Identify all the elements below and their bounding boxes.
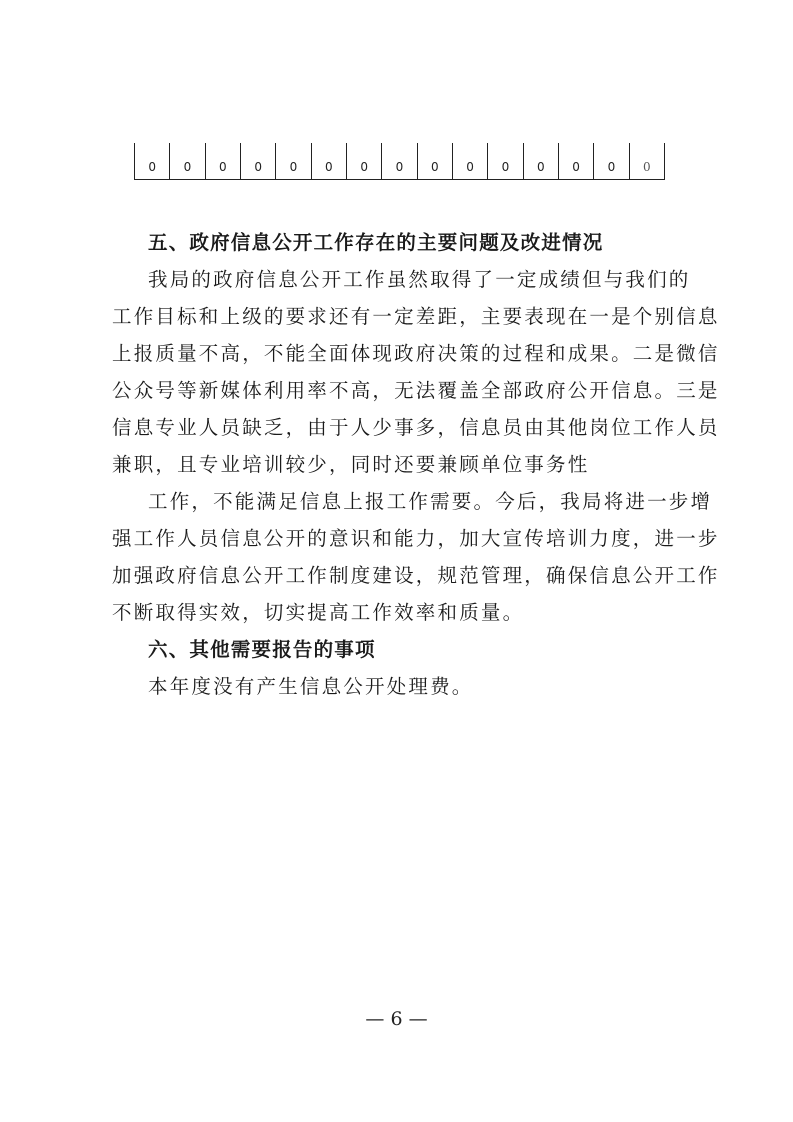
table-cell: 0 <box>346 143 381 179</box>
table-cell: 0 <box>593 143 628 179</box>
paragraph-line: 加强政府信息公开工作制度建设，规范管理，确保信息公开工作 <box>112 561 692 591</box>
table-cell: 0 <box>523 143 558 179</box>
table-cell: 0 <box>240 143 275 179</box>
paragraph-line: 公众号等新媒体利用率不高，无法覆盖全部政府公开信息。三是 <box>112 376 692 406</box>
table-cell: 0 <box>487 143 522 179</box>
table-cell: 0 <box>629 143 665 179</box>
table-cell: 0 <box>275 143 310 179</box>
table-cell: 0 <box>205 143 240 179</box>
paragraph-line: 不断取得实效，切实提高工作效率和质量。 <box>112 598 692 628</box>
paragraph-line: 工作，不能满足信息上报工作需要。今后，我局将进一步增 <box>148 487 728 517</box>
section-6-body: 本年度没有产生信息公开处理费。 <box>148 672 728 702</box>
paragraph-line: 信息专业人员缺乏，由于人少事多，信息员由其他岗位工作人员 <box>112 413 692 443</box>
paragraph-line: 上报质量不高，不能全面体现政府决策的过程和成果。二是微信 <box>112 339 692 369</box>
table-cell: 0 <box>452 143 487 179</box>
paragraph-line: 强工作人员信息公开的意识和能力，加大宣传培训力度，进一步 <box>112 524 692 554</box>
table-cell: 0 <box>381 143 416 179</box>
section-6-heading: 六、其他需要报告的事项 <box>148 635 728 665</box>
table-cell: 0 <box>311 143 346 179</box>
paragraph-line: 工作目标和上级的要求还有一定差距，主要表现在一是个别信息 <box>112 302 692 332</box>
table-cell: 0 <box>558 143 593 179</box>
paragraph-line: 我局的政府信息公开工作虽然取得了一定成绩但与我们的 <box>148 265 728 295</box>
table-cell: 0 <box>169 143 204 179</box>
statistics-table-fragment: 0 0 0 0 0 0 0 0 0 0 0 0 0 0 0 <box>134 143 665 180</box>
table-cell: 0 <box>134 143 169 179</box>
paragraph-line: 兼职，且专业培训较少，同时还要兼顾单位事务性 <box>112 450 692 480</box>
page-number: — 6 — <box>0 1008 793 1030</box>
section-5-heading: 五、政府信息公开工作存在的主要问题及改进情况 <box>148 228 728 258</box>
table-cell: 0 <box>417 143 452 179</box>
